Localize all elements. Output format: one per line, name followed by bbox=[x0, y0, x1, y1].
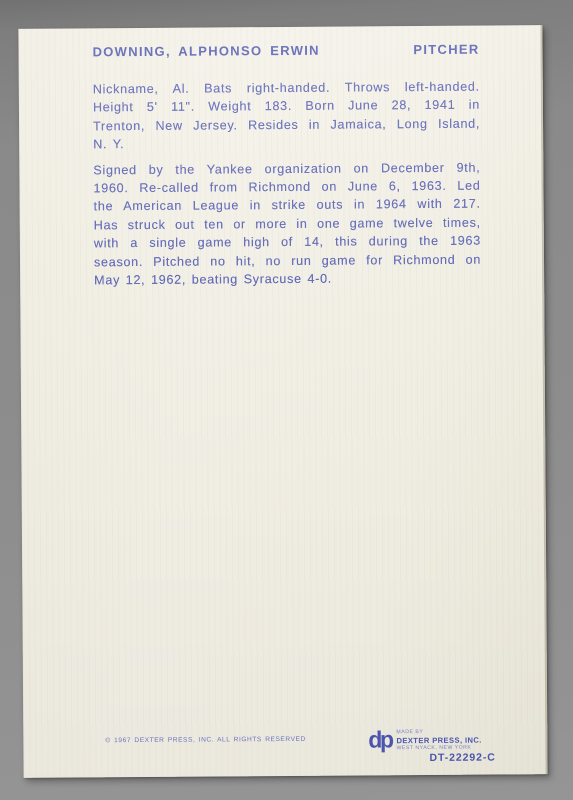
copyright-line: © 1967 DEXTER PRESS, INC. ALL RIGHTS RES… bbox=[105, 736, 305, 744]
career-line: May 12, 1962, beating Syracuse 4-0. bbox=[94, 269, 481, 290]
career-paragraph: Signed by the Yankee organization on Dec… bbox=[19, 158, 544, 290]
career-line: the American League in strike outs in 19… bbox=[94, 195, 481, 216]
card-number: DT-22292-C bbox=[429, 752, 495, 764]
bio-line: N. Y. bbox=[93, 133, 480, 154]
printer-block: dp MADE BY DEXTER PRESS, INC. WEST NYACK… bbox=[368, 728, 482, 752]
bio-paragraph: Nickname, Al. Bats right-handed. Throws … bbox=[19, 77, 544, 154]
bio-line: Trenton, New Jersey. Resides in Jamaica,… bbox=[93, 114, 480, 135]
career-line: with a single game high of 14, this duri… bbox=[94, 232, 481, 253]
dexter-press-logo: dp bbox=[368, 728, 391, 751]
bio-line: Height 5' 11". Weight 183. Born June 28,… bbox=[93, 96, 480, 117]
career-line: season. Pitched no hit, no run game for … bbox=[94, 250, 481, 271]
card-header: DOWNING, ALPHONSO ERWIN PITCHER bbox=[18, 25, 542, 60]
player-name: DOWNING, ALPHONSO ERWIN bbox=[93, 43, 320, 60]
printer-location: WEST NYACK, NEW YORK bbox=[397, 744, 482, 751]
baseball-card-back: DOWNING, ALPHONSO ERWIN PITCHER Nickname… bbox=[18, 25, 547, 778]
scan-background: DOWNING, ALPHONSO ERWIN PITCHER Nickname… bbox=[0, 0, 573, 800]
printer-text: MADE BY DEXTER PRESS, INC. WEST NYACK, N… bbox=[396, 728, 481, 752]
player-position: PITCHER bbox=[413, 42, 479, 57]
